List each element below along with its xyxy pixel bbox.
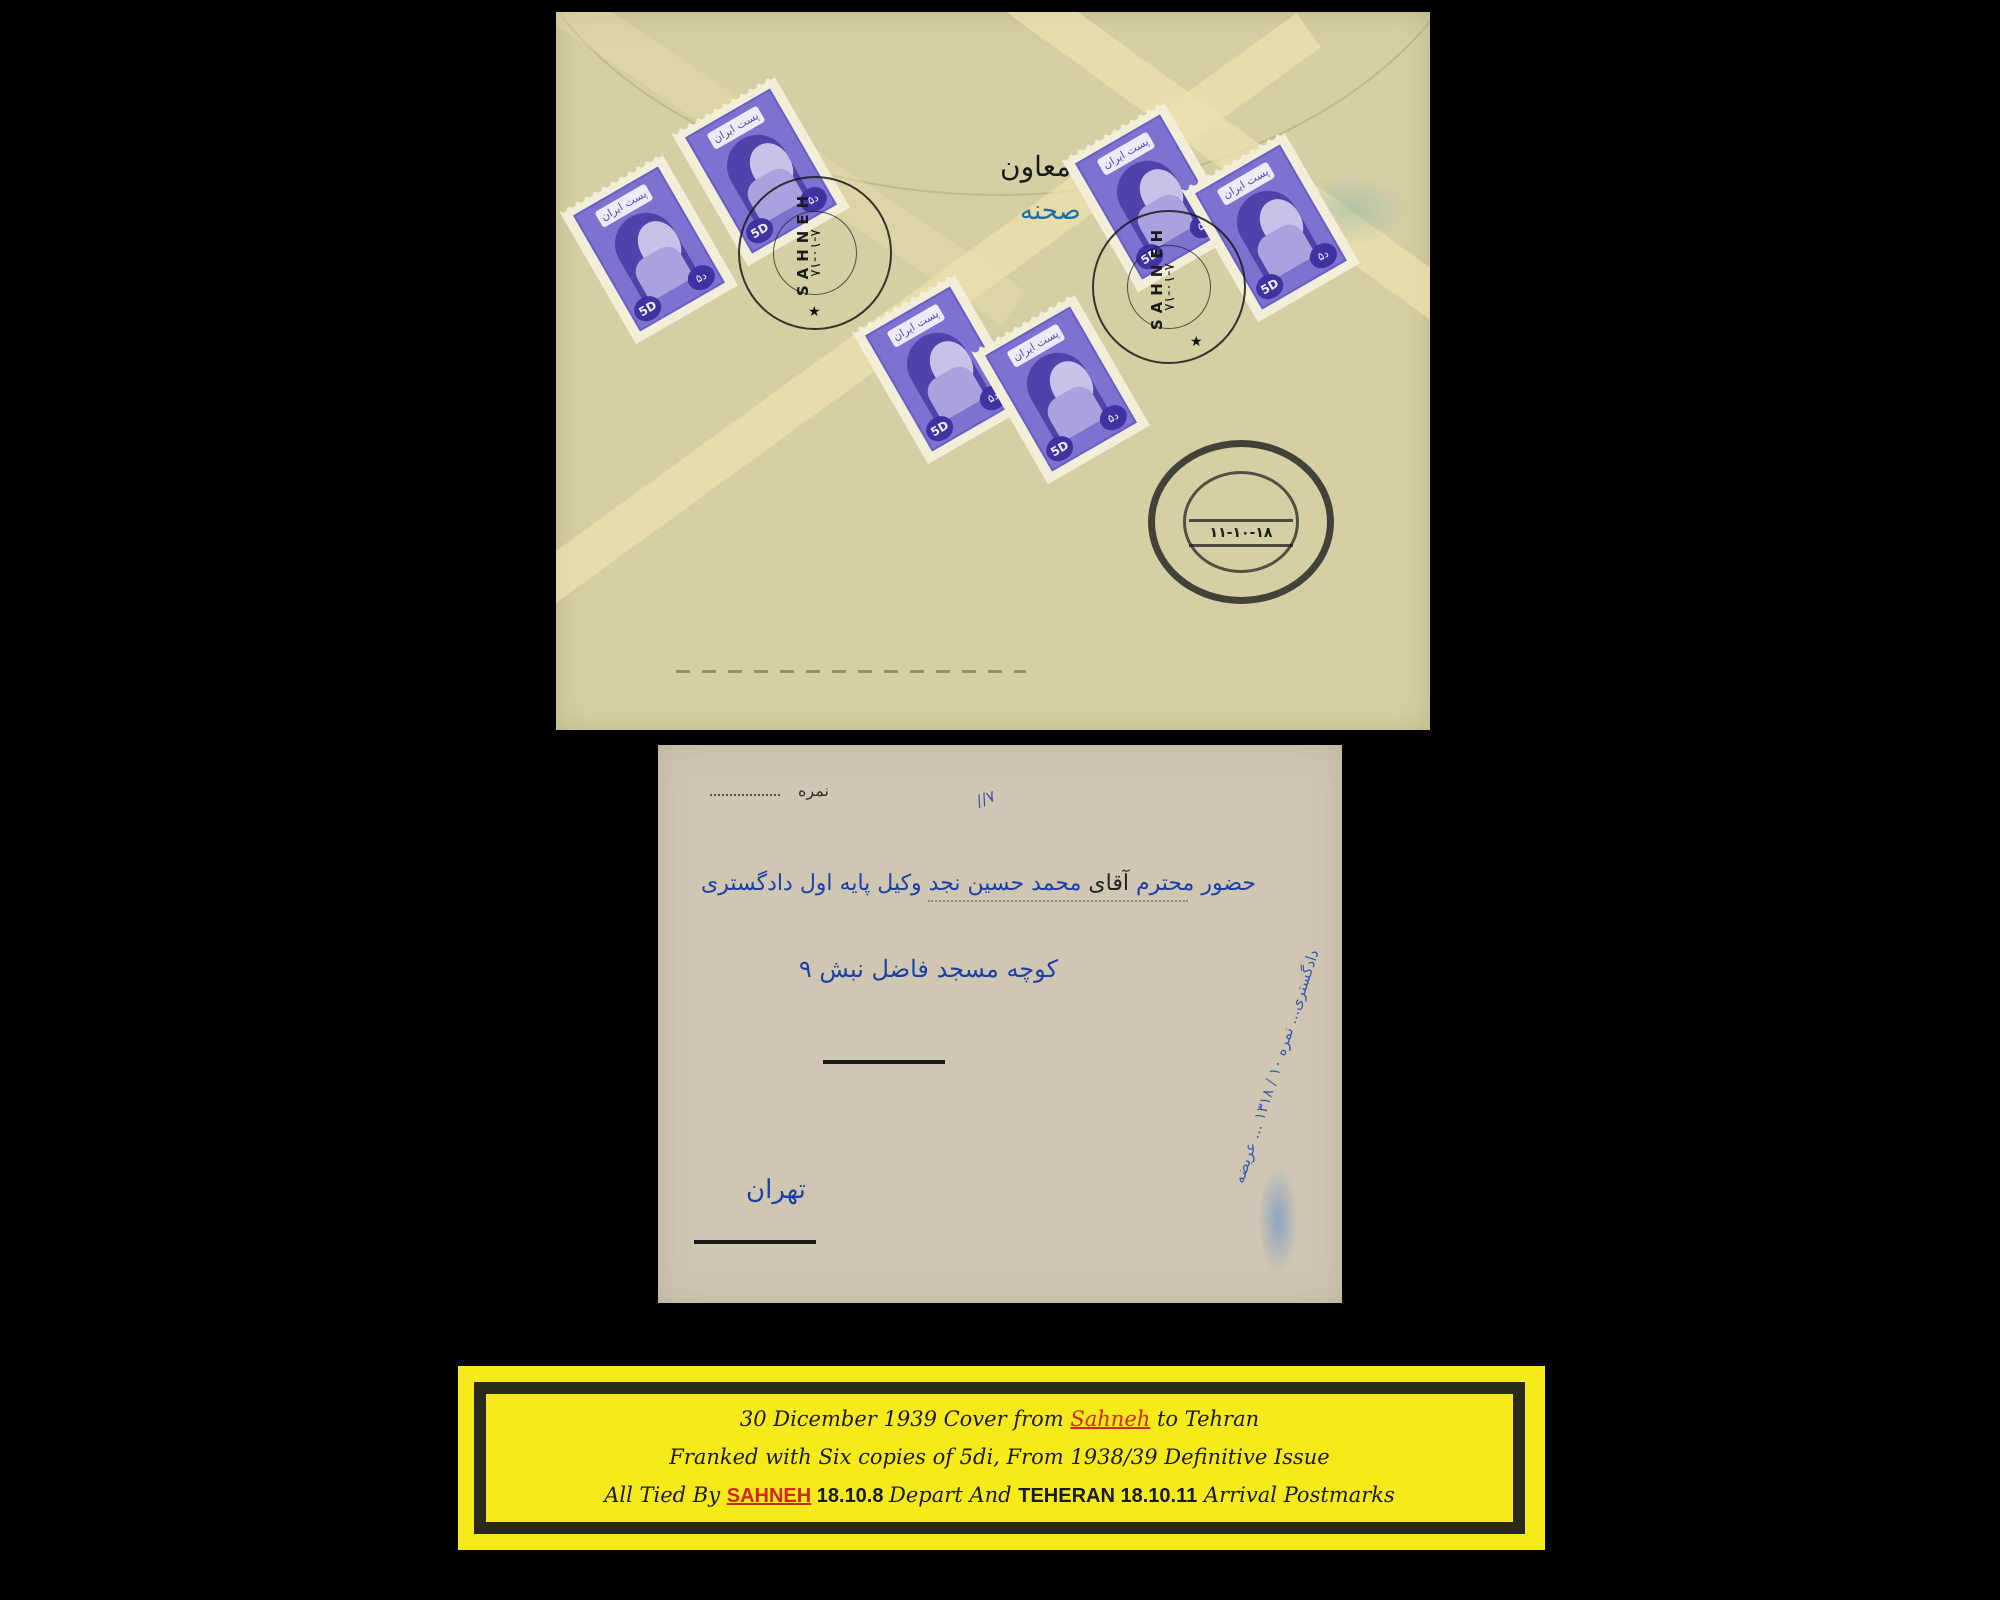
dotted-line (928, 900, 1188, 902)
postmark-star: ★ (1190, 334, 1203, 350)
address-honorific: حضور محترم (1136, 871, 1256, 896)
address-city: تهران (746, 1175, 806, 1205)
postmark-departure: SAHNEH ١٨-١٠-٨ ★ (738, 176, 892, 330)
caption-text: 30 Dicember 1939 Cover from (740, 1407, 1071, 1431)
caption-line-1: 30 Dicember 1939 Cover from Sahneh to Te… (486, 1400, 1513, 1438)
postmark-departure: SAHNEH ١٨-١٠-٨ ★ (1092, 210, 1246, 364)
caption-departure-town: SAHNEH (727, 1485, 811, 1507)
caption-text: Arrival Postmarks (1197, 1483, 1395, 1507)
caption-text: Depart And (889, 1483, 1018, 1507)
underline (823, 1060, 945, 1064)
caption-line-2: Franked with Six copies of 5di, From 193… (486, 1438, 1513, 1476)
caption-text: All Tied By (604, 1483, 727, 1507)
label-number: نمره (798, 781, 829, 800)
address-line-1: حضور محترم آقای محمد حسین نجد وکیل پایه … (876, 871, 1256, 896)
postmark-date: ١٨-١٠-٨ (1161, 263, 1177, 311)
address-recipient: محمد حسین نجد وکیل پایه اول دادگستری (701, 871, 1081, 896)
ink-smudge (1258, 1165, 1298, 1275)
caption-arrival: TEHERAN 18.10.11 (1018, 1485, 1197, 1507)
envelope-front: نمره //۷ حضور محترم آقای محمد حسین نجد و… (658, 745, 1342, 1303)
caption-departure-date: 18.10.8 (811, 1485, 889, 1507)
postmark-date: ١٨-١٠-١١ (1189, 519, 1292, 547)
envelope-dotted-line (676, 670, 1026, 673)
address-line-2: کوچه مسجد فاضل نبش ۹ (838, 955, 1058, 983)
postmark-date: ١٨-١٠-٨ (807, 229, 823, 277)
sender-town: صحنه (1020, 196, 1081, 226)
underline (694, 1240, 816, 1244)
caption-line-3: All Tied By SAHNEH 18.10.8 Depart And TE… (486, 1476, 1513, 1514)
caption-label: 30 Dicember 1939 Cover from Sahneh to Te… (458, 1366, 1545, 1550)
caption-text: to Tehran (1150, 1407, 1259, 1431)
handwritten-mark: //۷ (973, 786, 998, 810)
postmark-star: ★ (808, 304, 821, 320)
postmark-arrival: ١٨-١٠-١١ (1148, 440, 1334, 604)
address-printed-title: آقای (1088, 871, 1129, 896)
caption-origin: Sahneh (1070, 1407, 1150, 1431)
dotted-field (710, 794, 780, 796)
